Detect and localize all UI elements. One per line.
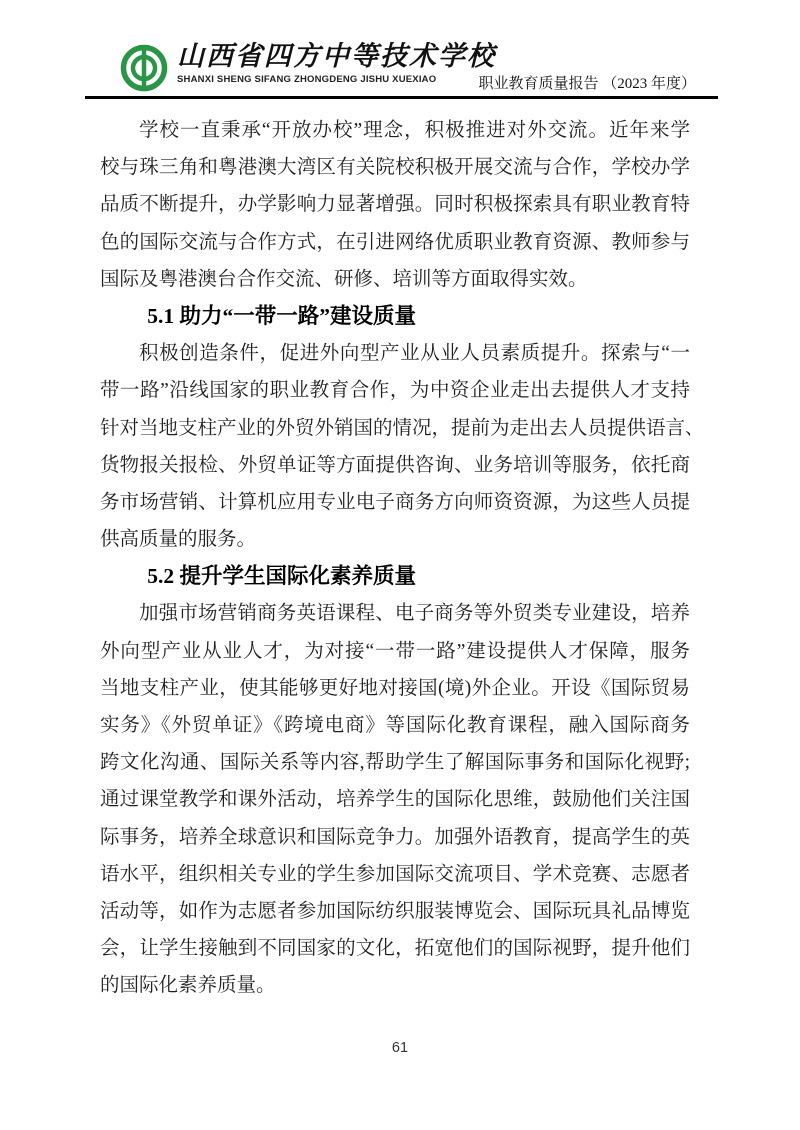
text-line: 会，让学生接触到不同国家的文化，拓宽他们的国际视野，提升他们 — [100, 930, 690, 967]
report-title: 职业教育质量报告 （2023 年度） — [478, 72, 696, 93]
text-line: 当地支柱产业，使其能够更好地对接国(境)外企业。开设《国际贸易 — [100, 670, 690, 707]
header-divider — [85, 96, 718, 99]
page-content: 学校一直秉承“开放办校”理念，积极推进对外交流。近年来学校与珠三角和粤港澳大湾区… — [100, 112, 690, 1005]
page-header: 山西省四方中等技术学校 SHANXI SHENG SIFANG ZHONGDEN… — [0, 0, 800, 100]
document-page: 山西省四方中等技术学校 SHANXI SHENG SIFANG ZHONGDEN… — [0, 0, 800, 1130]
school-pinyin: SHANXI SHENG SIFANG ZHONGDENG JISHU XUEX… — [177, 74, 496, 85]
text-line: 活动等，如作为志愿者参加国际纺织服装博览会、国际玩具礼品博览 — [100, 893, 690, 930]
text-line: 带一路”沿线国家的职业教育合作，为中资企业走出去提供人才支持 — [100, 372, 690, 409]
school-logo-icon — [120, 44, 168, 92]
paragraph-section-5-2: 加强市场营销商务英语课程、电子商务等外贸类专业建设，培养外向型产业从业人才，为对… — [100, 595, 690, 1004]
text-line: 务市场营销、计算机应用专业电子商务方向师资资源，为这些人员提 — [100, 484, 690, 521]
paragraph-section-5-1: 积极创造条件，促进外向型产业从业人员素质提升。探索与“一带一路”沿线国家的职业教… — [100, 335, 690, 558]
text-line: 实务》《外贸单证》《跨境电商》等国际化教育课程，融入国际商务 — [100, 707, 690, 744]
text-line: 加强市场营销商务英语课程、电子商务等外贸类专业建设，培养 — [100, 595, 690, 632]
text-line: 供高质量的服务。 — [100, 521, 690, 558]
text-line: 际事务，培养全球意识和国际竞争力。加强外语教育，提高学生的英 — [100, 819, 690, 856]
text-line: 货物报关报检、外贸单证等方面提供咨询、业务培训等服务，依托商 — [100, 447, 690, 484]
text-line: 国际及粤港澳台合作交流、研修、培训等方面取得实效。 — [100, 261, 690, 298]
text-line: 外向型产业从业人才，为对接“一带一路”建设提供人才保障，服务 — [100, 633, 690, 670]
text-line: 跨文化沟通、国际关系等内容,帮助学生了解国际事务和国际化视野; — [100, 744, 690, 781]
text-line: 积极创造条件，促进外向型产业从业人员素质提升。探索与“一 — [100, 335, 690, 372]
text-line: 学校一直秉承“开放办校”理念，积极推进对外交流。近年来学 — [100, 112, 690, 149]
text-line: 通过课堂教学和课外活动，培养学生的国际化思维，鼓励他们关注国 — [100, 781, 690, 818]
school-identity: 山西省四方中等技术学校 SHANXI SHENG SIFANG ZHONGDEN… — [177, 40, 496, 85]
text-line: 色的国际交流与合作方式，在引进网络优质职业教育资源、教师参与 — [100, 224, 690, 261]
page-number: 61 — [0, 1040, 800, 1056]
section-heading-5-1: 5.1 助力“一带一路”建设质量 — [100, 298, 690, 335]
school-name: 山西省四方中等技术学校 — [177, 40, 496, 72]
section-heading-5-2: 5.2 提升学生国际化素养质量 — [100, 558, 690, 595]
text-line: 品质不断提升，办学影响力显著增强。同时积极探索具有职业教育特 — [100, 186, 690, 223]
text-line: 校与珠三角和粤港澳大湾区有关院校积极开展交流与合作，学校办学 — [100, 149, 690, 186]
paragraph-intro: 学校一直秉承“开放办校”理念，积极推进对外交流。近年来学校与珠三角和粤港澳大湾区… — [100, 112, 690, 298]
text-line: 针对当地支柱产业的外贸外销国的情况，提前为走出去人员提供语言、 — [100, 410, 690, 447]
text-line: 的国际化素养质量。 — [100, 967, 690, 1004]
text-line: 语水平，组织相关专业的学生参加国际交流项目、学术竞赛、志愿者 — [100, 856, 690, 893]
